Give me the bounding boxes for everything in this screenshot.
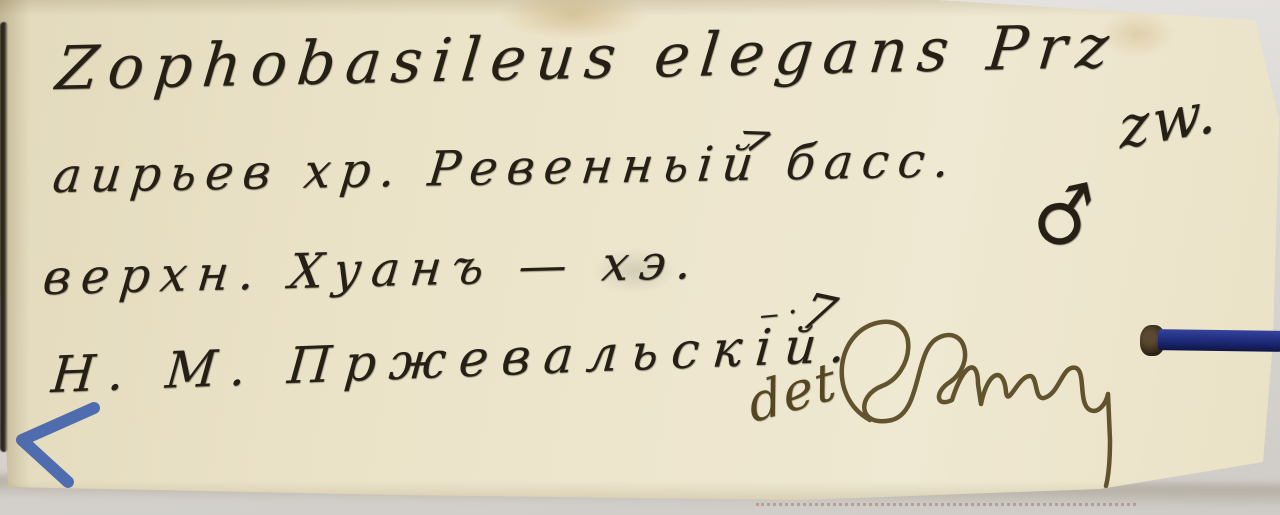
- photo-of-specimen-label: { "card": { "line1": "Zophobasileus eleg…: [0, 0, 1280, 515]
- pink-dotted-line: [756, 503, 1136, 506]
- male-symbol: ♂: [1022, 166, 1107, 267]
- collector-line: Н. М. Пржевальскій.: [49, 315, 861, 404]
- pin-shaft: [1158, 329, 1280, 352]
- blue-check-mark: [4, 398, 104, 490]
- species-name-wrap: zw.: [1118, 77, 1220, 163]
- locality-line-1: аирьев хр. Ревенньій басс.: [50, 132, 961, 204]
- determiner-signature: [818, 300, 1118, 500]
- specimen-label-card: Zophobasileus elegans Prz zw. аирьев хр.…: [0, 0, 1280, 515]
- species-name-line: Zophobasileus elegans Prz: [53, 12, 1122, 104]
- left-edge-shadow: [0, 22, 8, 452]
- locality-line-2: верхн. Хуанъ — хэ.: [40, 234, 704, 306]
